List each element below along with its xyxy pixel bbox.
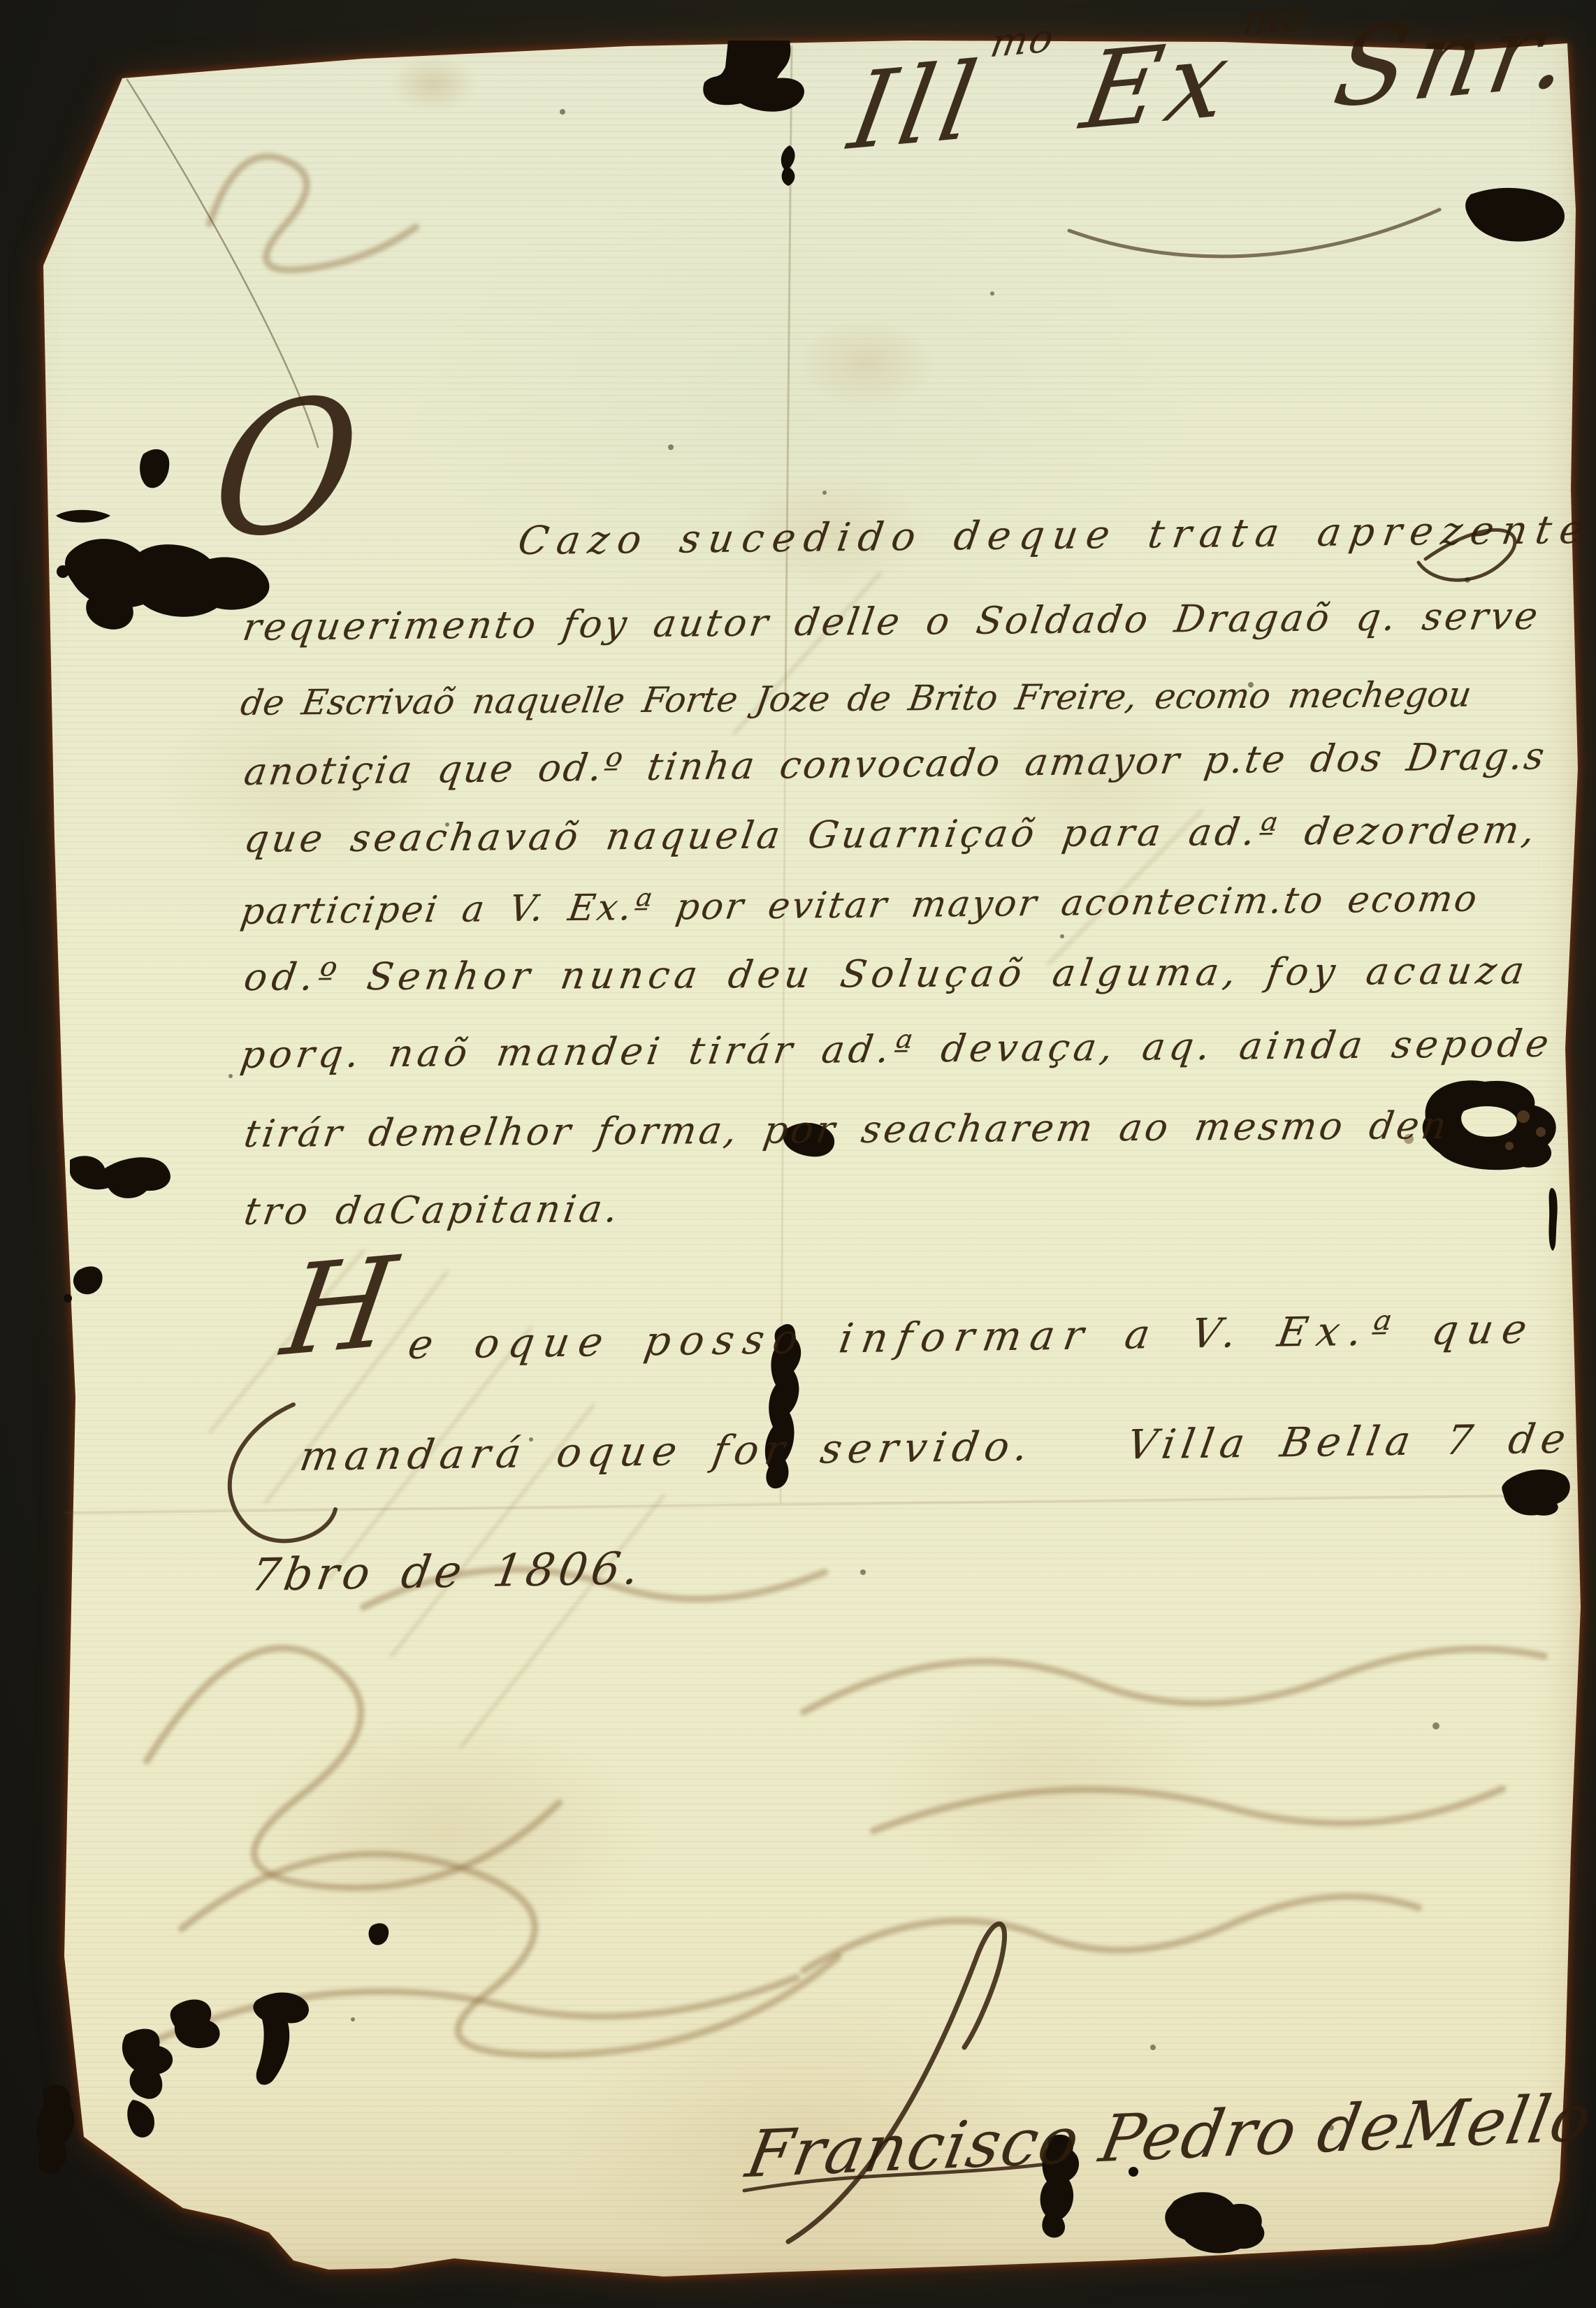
manuscript-line-10: tro daCapitania. xyxy=(241,1186,624,1233)
drop-cap-h: H xyxy=(276,1240,402,1375)
manuscript-line-7: od.º Senhor nunca deu Soluçaõ alguma, fo… xyxy=(241,948,1532,999)
drop-cap-o: O xyxy=(207,371,366,568)
salutation-superscript: mo xyxy=(1240,0,1311,45)
salutation-word: Snr. xyxy=(1326,0,1586,132)
salutation-word: Ill xyxy=(841,39,992,175)
salutation-superscript: mo xyxy=(987,15,1058,66)
paper-shadow xyxy=(0,0,1596,2308)
document-scan: Illmo Exmo Snr. O Cazo sucedido deque tr… xyxy=(0,0,1596,2308)
closing-line-date: 7bro de 1806. xyxy=(247,1543,646,1602)
letter-paper xyxy=(0,0,1596,2308)
salutation-word: Ex xyxy=(1073,17,1245,154)
manuscript-line-5: que seachavaõ naquela Guarniçaõ para ad.… xyxy=(241,808,1541,861)
manuscript-line-9: tirár demelhor forma, por seacharem ao m… xyxy=(241,1103,1452,1156)
manuscript-line-3: de Escrivaõ naquelle Forte Joze de Brito… xyxy=(238,674,1474,723)
